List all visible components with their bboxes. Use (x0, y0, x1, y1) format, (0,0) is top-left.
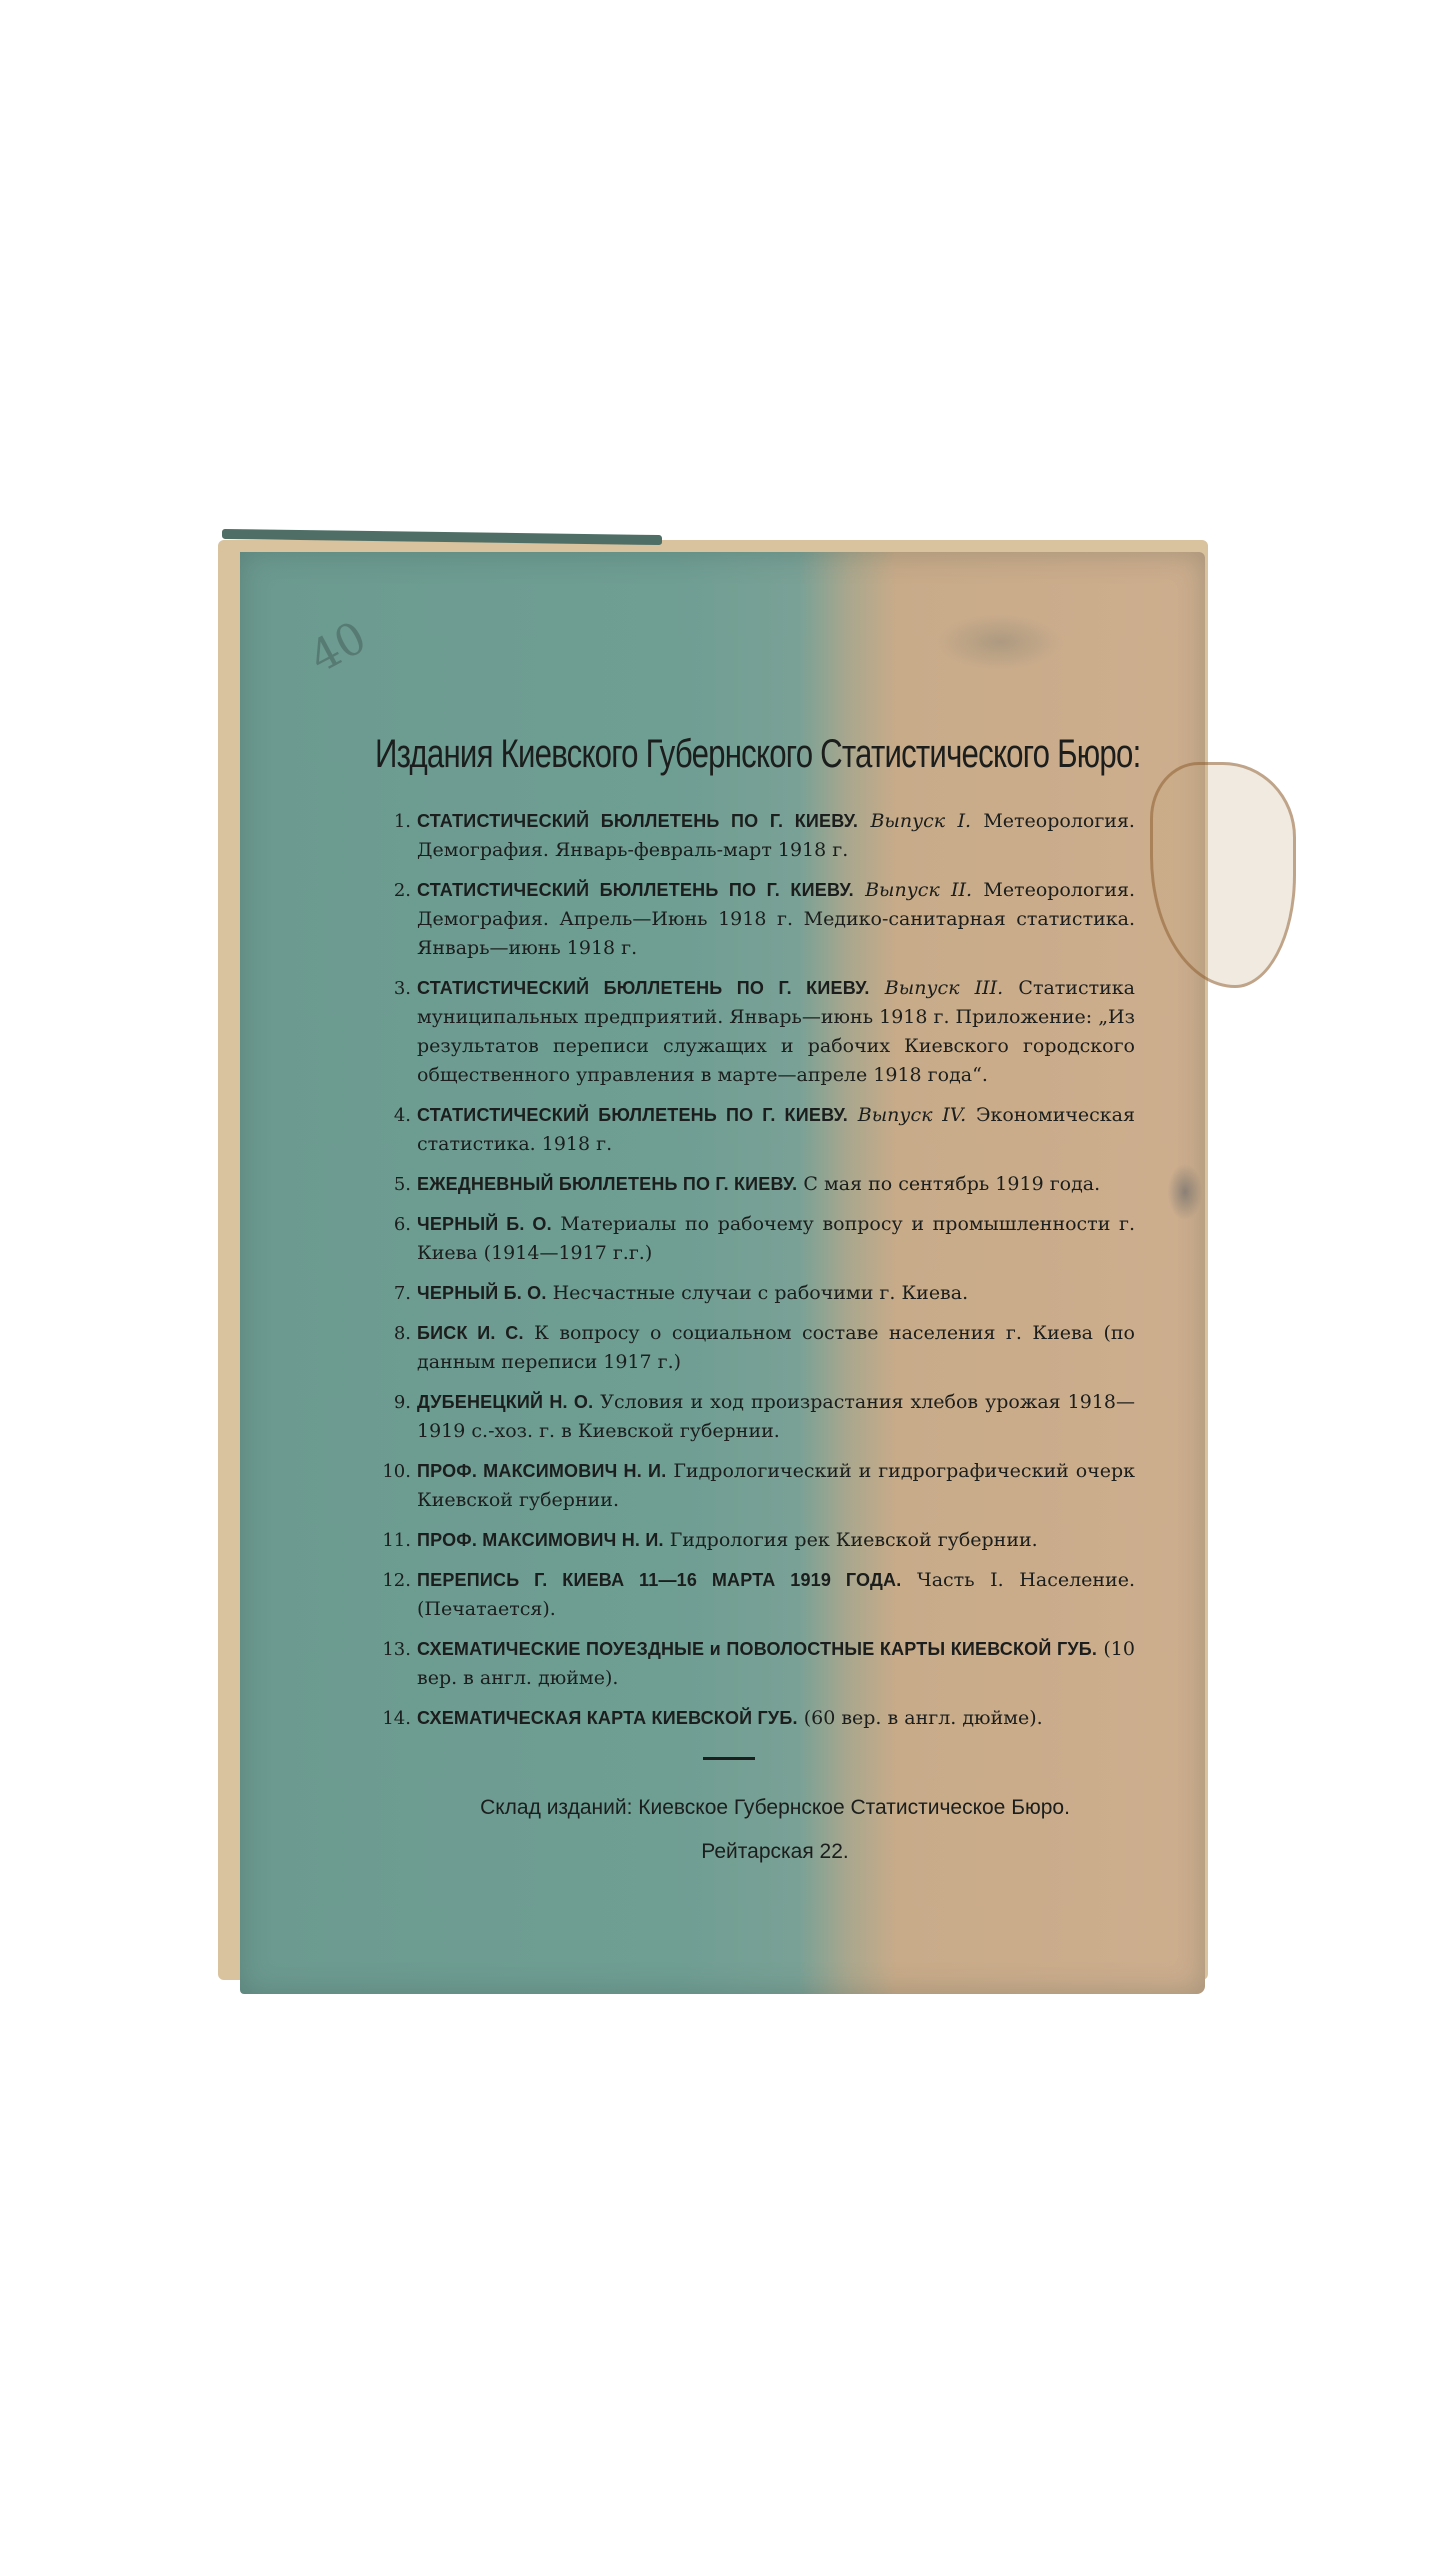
pencil-mark: 40 (301, 612, 374, 683)
item-heading: СТАТИСТИЧЕСКИЙ БЮЛЛЕТЕНЬ ПО Г. КИЕВУ. (417, 978, 870, 998)
list-item: 14.СХЕМАТИЧЕСКАЯ КАРТА КИЕВСКОЙ ГУБ. (60… (375, 1704, 1135, 1733)
list-item: 10.ПРОФ. МАКСИМОВИЧ Н. И. Гидрологически… (375, 1457, 1135, 1515)
item-description: Несчастные случаи с рабочими г. Киева. (553, 1282, 969, 1304)
publications-list: 1.СТАТИСТИЧЕСКИЙ БЮЛЛЕТЕНЬ ПО Г. КИЕВУ. … (375, 807, 1135, 1733)
list-item: 13.СХЕМАТИЧЕСКИЕ ПОУЕЗДНЫЕ и ПОВОЛОСТНЫЕ… (375, 1635, 1135, 1693)
item-issue: Выпуск I. (870, 810, 971, 832)
list-item: 12.ПЕРЕПИСЬ Г. КИЕВА 11—16 МАРТА 1919 ГО… (375, 1566, 1135, 1624)
item-heading: ПЕРЕПИСЬ Г. КИЕВА 11—16 МАРТА 1919 ГОДА. (417, 1570, 901, 1590)
list-item: 6.ЧЕРНЫЙ Б. О. Материалы по рабочему воп… (375, 1210, 1135, 1268)
item-number: 9. (375, 1388, 411, 1417)
item-number: 11. (375, 1526, 411, 1555)
item-issue: Выпуск II. (865, 879, 972, 901)
item-number: 14. (375, 1704, 411, 1733)
item-heading: ЧЕРНЫЙ Б. О. (417, 1214, 552, 1234)
footer-address: Рейтарская 22. (415, 1830, 1135, 1874)
item-heading: СТАТИСТИЧЕСКИЙ БЮЛЛЕТЕНЬ ПО Г. КИЕВУ. (417, 880, 854, 900)
list-item: 1.СТАТИСТИЧЕСКИЙ БЮЛЛЕТЕНЬ ПО Г. КИЕВУ. … (375, 807, 1135, 865)
item-number: 4. (375, 1101, 411, 1130)
item-heading: СТАТИСТИЧЕСКИЙ БЮЛЛЕТЕНЬ ПО Г. КИЕВУ. (417, 811, 858, 831)
list-item: 3.СТАТИСТИЧЕСКИЙ БЮЛЛЕТЕНЬ ПО Г. КИЕВУ. … (375, 974, 1135, 1090)
item-description: С мая по сентябрь 1919 года. (803, 1173, 1100, 1195)
water-stain (1150, 762, 1296, 988)
item-number: 8. (375, 1319, 411, 1348)
page-title: Издания Киевского Губернского Статистиче… (375, 732, 1155, 777)
list-item: 11.ПРОФ. МАКСИМОВИЧ Н. И. Гидрология рек… (375, 1526, 1135, 1555)
footer-warehouse: Склад изданий: Киевское Губернское Стати… (415, 1786, 1135, 1830)
item-heading: БИСК И. С. (417, 1323, 524, 1343)
item-heading: СХЕМАТИЧЕСКАЯ КАРТА КИЕВСКОЙ ГУБ. (417, 1708, 798, 1728)
item-number: 2. (375, 876, 411, 905)
list-item: 5.ЕЖЕДНЕВНЫЙ БЮЛЛЕТЕНЬ ПО Г. КИЕВУ. С ма… (375, 1170, 1135, 1199)
item-number: 7. (375, 1279, 411, 1308)
item-heading: ПРОФ. МАКСИМОВИЧ Н. И. (417, 1461, 666, 1481)
list-item: 2.СТАТИСТИЧЕСКИЙ БЮЛЛЕТЕНЬ ПО Г. КИЕВУ. … (375, 876, 1135, 963)
list-item: 8.БИСК И. С. К вопросу о социальном сост… (375, 1319, 1135, 1377)
item-heading: ЕЖЕДНЕВНЫЙ БЮЛЛЕТЕНЬ ПО Г. КИЕВУ. (417, 1174, 797, 1194)
item-issue: Выпуск IV. (858, 1104, 966, 1126)
item-issue: Выпуск III. (885, 977, 1003, 999)
list-item: 4.СТАТИСТИЧЕСКИЙ БЮЛЛЕТЕНЬ ПО Г. КИЕВУ. … (375, 1101, 1135, 1159)
item-heading: ПРОФ. МАКСИМОВИЧ Н. И. (417, 1530, 664, 1550)
list-item: 7.ЧЕРНЫЙ Б. О. Несчастные случаи с рабоч… (375, 1279, 1135, 1308)
back-cover: 40 Издания Киевского Губернского Статист… (240, 552, 1205, 1994)
item-heading: СХЕМАТИЧЕСКИЕ ПОУЕЗДНЫЕ и ПОВОЛОСТНЫЕ КА… (417, 1639, 1097, 1659)
item-number: 5. (375, 1170, 411, 1199)
item-number: 3. (375, 974, 411, 1003)
item-number: 6. (375, 1210, 411, 1239)
item-heading: ДУБЕНЕЦКИЙ Н. О. (417, 1392, 593, 1412)
footer: Склад изданий: Киевское Губернское Стати… (375, 1786, 1135, 1874)
item-number: 12. (375, 1566, 411, 1595)
item-description: (60 вер. в англ. дюйме). (804, 1707, 1043, 1729)
item-heading: СТАТИСТИЧЕСКИЙ БЮЛЛЕТЕНЬ ПО Г. КИЕВУ. (417, 1105, 848, 1125)
item-number: 10. (375, 1457, 411, 1486)
item-number: 13. (375, 1635, 411, 1664)
list-item: 9.ДУБЕНЕЦКИЙ Н. О. Условия и ход произра… (375, 1388, 1135, 1446)
item-heading: ЧЕРНЫЙ Б. О. (417, 1283, 547, 1303)
item-description: Гидрология рек Киевской губернии. (670, 1529, 1038, 1551)
item-number: 1. (375, 807, 411, 836)
divider (703, 1757, 755, 1760)
publications-notice: Издания Киевского Губернского Статистиче… (375, 732, 1135, 1874)
item-description: К вопросу о социальном составе населения… (417, 1322, 1135, 1373)
